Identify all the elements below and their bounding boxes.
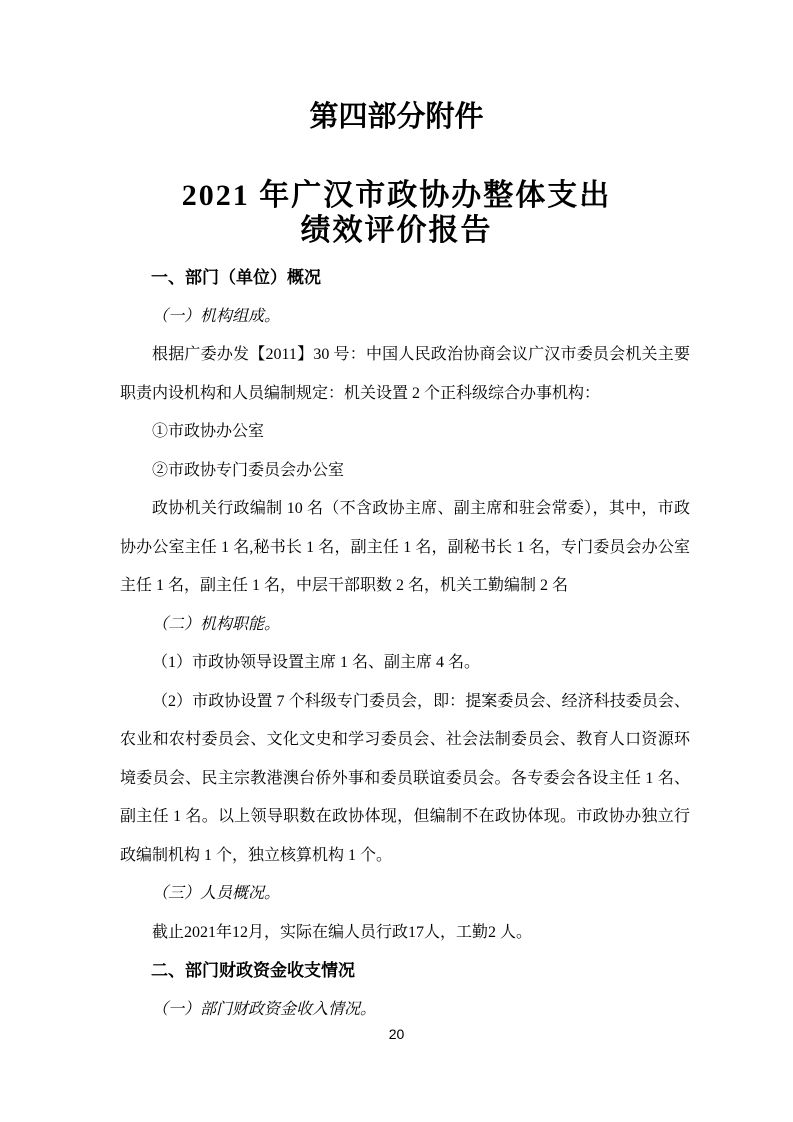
subsection-heading-1-1: （一）机构组成。 — [120, 298, 690, 337]
section-heading-2: 二、部门财政资金收支情况 — [120, 952, 690, 991]
document-page: 第四部分附件 2021 年广汉市政协办整体支出 绩效评价报告 一、部门（单位）概… — [0, 0, 793, 1122]
body-paragraph: 截止2021年12月，实际在编人员行政17人，工勤2 人。 — [120, 914, 690, 953]
body-paragraph: 根据广委办发【2011】30 号：中国人民政治协商会议广汉市委员会机关主要职责内… — [120, 336, 690, 413]
body-paragraph: 政协机关行政编制 10 名（不含政协主席、副主席和驻会常委），其中，市政协办公室… — [120, 490, 690, 606]
page-number: 20 — [0, 1026, 793, 1042]
document-body: 一、部门（单位）概况 （一）机构组成。 根据广委办发【2011】30 号：中国人… — [120, 259, 690, 1029]
body-paragraph: （2）市政协设置 7 个科级专门委员会，即：提案委员会、经济科技委员会、农业和农… — [120, 683, 690, 876]
subsection-heading-1-3: （三）人员概况。 — [120, 875, 690, 914]
list-item-2: ②市政协专门委员会办公室 — [120, 452, 690, 491]
report-title: 2021 年广汉市政协办整体支出 绩效评价报告 — [0, 178, 793, 248]
report-title-line-2: 绩效评价报告 — [0, 213, 793, 248]
subsection-heading-1-2: （二）机构职能。 — [120, 606, 690, 645]
list-item-1: ①市政协办公室 — [120, 413, 690, 452]
body-paragraph: （1）市政协领导设置主席 1 名、副主席 4 名。 — [120, 644, 690, 683]
subsection-heading-2-1: （一）部门财政资金收入情况。 — [120, 991, 690, 1030]
part-heading: 第四部分附件 — [0, 100, 793, 134]
report-title-line-1: 2021 年广汉市政协办整体支出 — [0, 178, 793, 213]
section-heading-1: 一、部门（单位）概况 — [120, 259, 690, 298]
